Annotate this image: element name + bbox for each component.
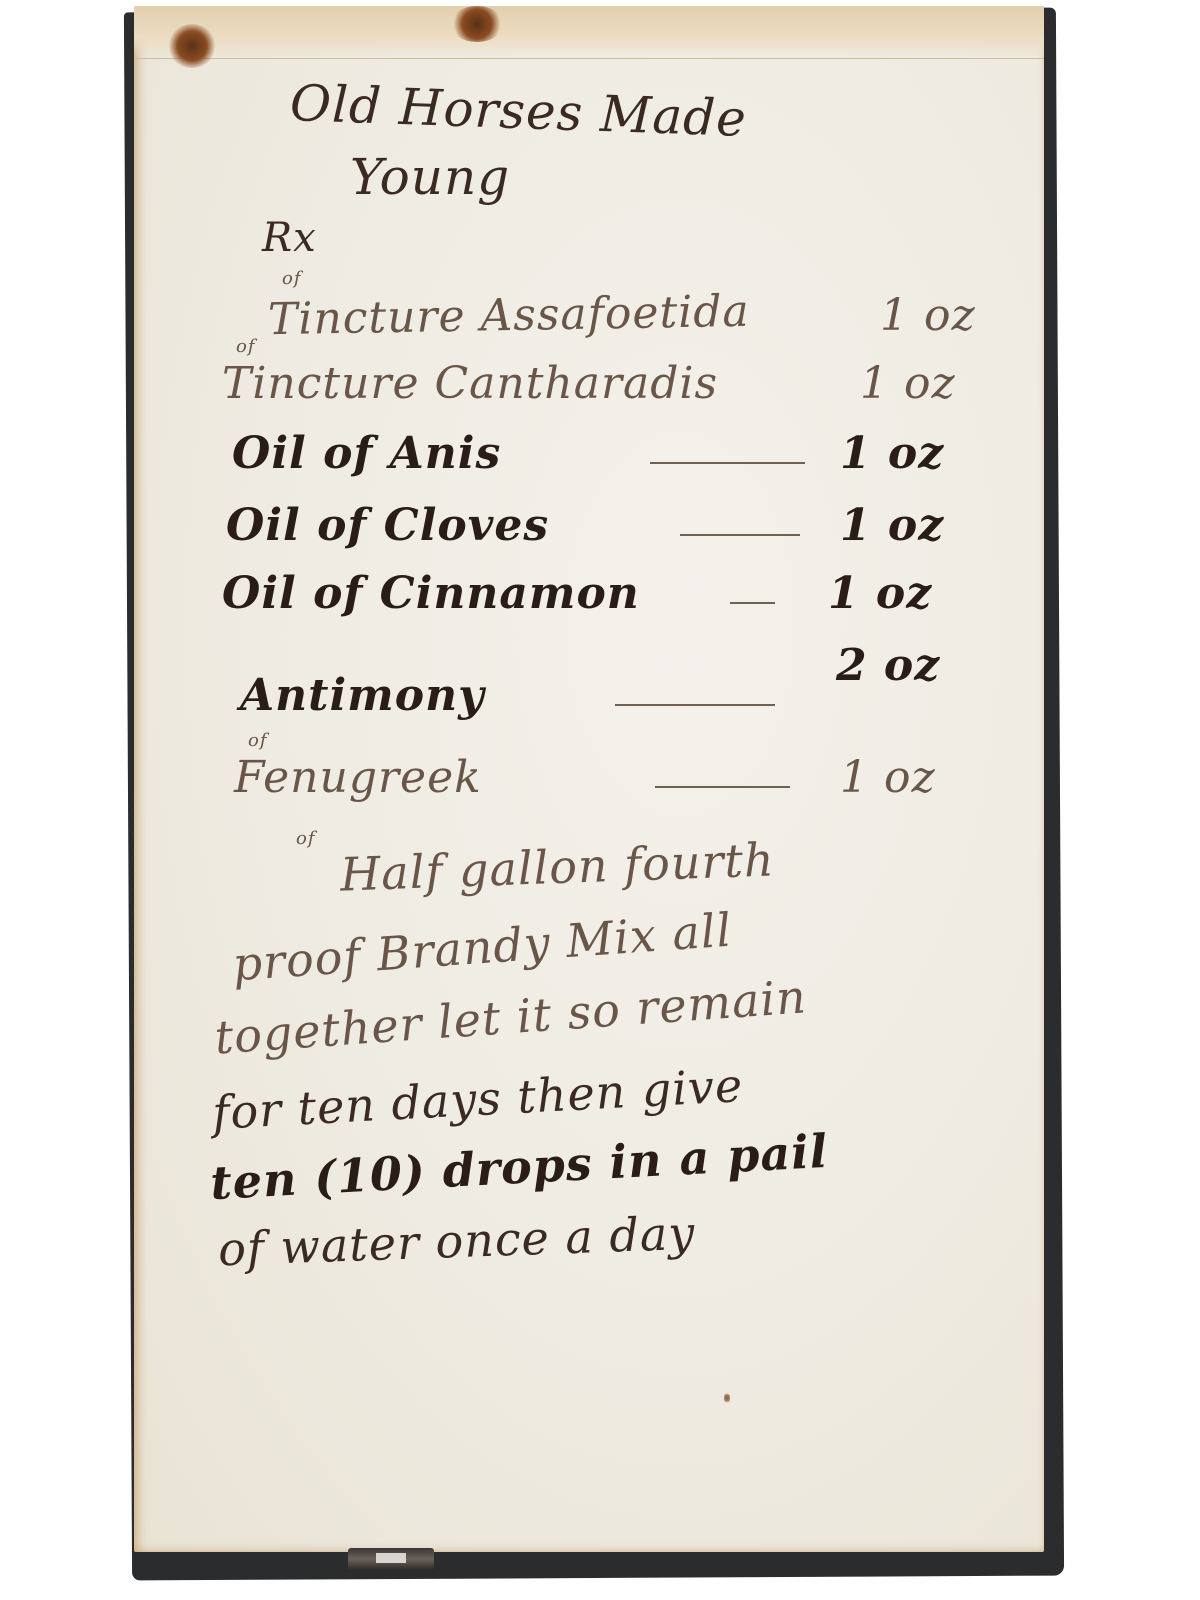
ingredient-quantity: 1 oz <box>828 568 932 619</box>
leader-dash <box>680 534 800 536</box>
instructions-prefix: of <box>296 828 316 849</box>
rust-stain <box>450 6 504 42</box>
leader-dash <box>730 602 775 604</box>
ingredient-prefix: of <box>236 336 256 357</box>
ingredient-quantity: 1 oz <box>880 290 976 341</box>
ingredient-name: Fenugreek <box>234 752 482 803</box>
ingredient-prefix: of <box>282 268 302 289</box>
ingredient-quantity: 1 oz <box>840 428 944 479</box>
ingredient-quantity: 1 oz <box>860 358 956 409</box>
page-title-line-2: Young <box>350 148 510 206</box>
ink-speck <box>724 1392 730 1404</box>
ingredient-name: Tincture Cantharadis <box>222 358 718 409</box>
notebook-clasp <box>348 1548 434 1570</box>
ingredient-prefix: of <box>248 730 268 751</box>
ingredient-name: Tincture Assafoetida <box>268 286 750 345</box>
prescription-mark: Rx <box>262 215 317 261</box>
leader-dash <box>650 462 805 464</box>
ingredient-quantity: 2 oz <box>836 640 940 691</box>
ingredient-name: Oil of Cloves <box>226 500 549 551</box>
ingredient-name: Oil of Cinnamon <box>222 568 640 619</box>
ingredient-quantity: 1 oz <box>840 752 936 803</box>
ingredient-name: Oil of Anis <box>232 428 501 479</box>
ingredient-name: Antimony <box>240 670 485 721</box>
leader-dash <box>615 704 775 706</box>
rust-stain <box>168 24 216 68</box>
torn-top-fold <box>134 6 1044 59</box>
ingredient-quantity: 1 oz <box>840 500 944 551</box>
leader-dash <box>655 786 790 788</box>
